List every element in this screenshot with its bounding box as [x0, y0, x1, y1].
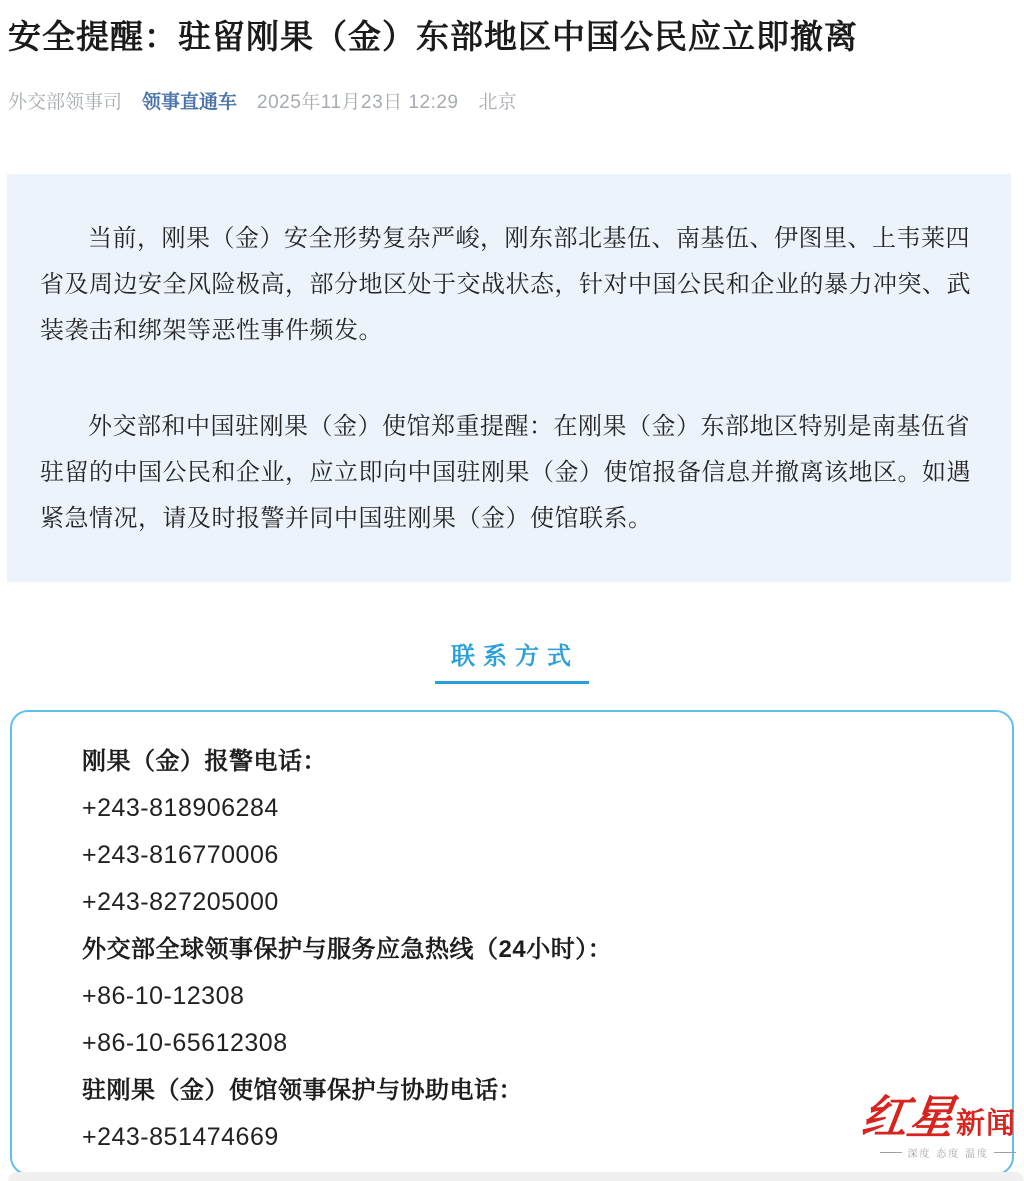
- contact-section-heading: 联系方式: [435, 636, 589, 684]
- phone-number: +86-10-65612308: [82, 1020, 972, 1067]
- contact-section-heading-wrap: 联系方式: [0, 636, 1024, 684]
- alert-panel: 当前，刚果（金）安全形势复杂严峻，刚东部北基伍、南基伍、伊图里、上韦莱四省及周边…: [7, 174, 1011, 582]
- phone-number: +243-827205000: [82, 879, 972, 926]
- phone-number: +86-10-12308: [82, 973, 972, 1020]
- phone-group-label: 外交部全球领事保护与服务应急热线（24小时）：: [82, 926, 972, 973]
- phone-number: +243-851474669: [82, 1114, 972, 1161]
- byline-channel-link[interactable]: 领事直通车: [142, 87, 237, 114]
- byline-datetime: 2025年11月23日 12:29: [257, 87, 458, 114]
- byline-source: 外交部领事司: [8, 87, 122, 114]
- phone-group-label: 刚果（金）报警电话：: [82, 738, 972, 785]
- phone-group-label: 驻刚果（金）使馆领事保护与协助电话：: [82, 1067, 972, 1114]
- article-page: 安全提醒：驻留刚果（金）东部地区中国公民应立即撤离 外交部领事司 领事直通车 2…: [0, 0, 1024, 1181]
- next-card-strip: [8, 1172, 1024, 1181]
- alert-paragraph: 外交部和中国驻刚果（金）使馆郑重提醒：在刚果（金）东部地区特别是南基伍省驻留的中…: [40, 404, 981, 542]
- phone-number: +243-816770006: [82, 832, 972, 879]
- alert-paragraph: 当前，刚果（金）安全形势复杂严峻，刚东部北基伍、南基伍、伊图里、上韦莱四省及周边…: [40, 216, 981, 354]
- article-title: 安全提醒：驻留刚果（金）东部地区中国公民应立即撤离: [0, 0, 1024, 57]
- contact-card: 刚果（金）报警电话：+243-818906284+243-816770006+2…: [10, 710, 1014, 1175]
- byline: 外交部领事司 领事直通车 2025年11月23日 12:29 北京: [8, 87, 1016, 114]
- byline-location: 北京: [478, 87, 516, 114]
- phone-number: +243-818906284: [82, 785, 972, 832]
